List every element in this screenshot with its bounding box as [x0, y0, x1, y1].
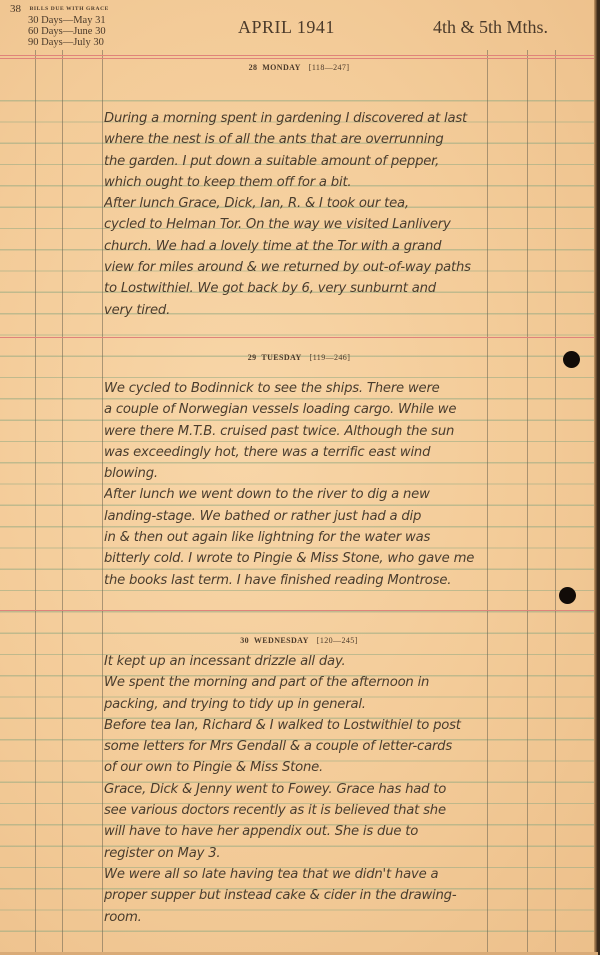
column-rule [62, 50, 63, 955]
entry-line: of our own to Pingie & Miss Stone. [104, 757, 494, 778]
months-label: 4th & 5th Mths. [433, 17, 548, 38]
day-divider [0, 610, 598, 611]
weekday: MONDAY [262, 63, 301, 72]
entry-line: the garden. I put down a suitable amount… [104, 151, 494, 172]
entry-line: We spent the morning and part of the aft… [104, 672, 494, 693]
entry-line: a couple of Norwegian vessels loading ca… [104, 399, 494, 420]
bills-row: 60 Days—June 30 [10, 26, 109, 37]
entry-line: packing, and trying to tidy up in genera… [104, 694, 494, 715]
entry-line: It kept up an incessant drizzle all day. [104, 651, 494, 672]
day-index: [118—247] [309, 63, 350, 72]
entry-line: Grace, Dick & Jenny went to Fowey. Grace… [104, 779, 494, 800]
entry-line: Before tea Ian, Richard & I walked to Lo… [104, 715, 494, 736]
punch-hole [559, 587, 576, 604]
diary-entry: We cycled to Bodinnick to see the ships.… [104, 378, 494, 591]
entry-line: landing-stage. We bathed or rather just … [104, 506, 494, 527]
entry-line: will have to have her appendix out. She … [104, 821, 494, 842]
entry-line: to Lostwithiel. We got back by 6, very s… [104, 278, 494, 299]
entry-line: some letters for Mrs Gendall & a couple … [104, 736, 494, 757]
entry-line: the books last term. I have finished rea… [104, 570, 494, 591]
day-index: [120—245] [317, 636, 358, 645]
bills-title: BILLS DUE WITH GRACE [30, 6, 109, 12]
entry-line: cycled to Helman Tor. On the way we visi… [104, 214, 494, 235]
day-number: 28 [249, 63, 258, 72]
header-rule [0, 58, 598, 59]
entry-line: was exceedingly hot, there was a terrifi… [104, 442, 494, 463]
day-header: 29 TUESDAY[119—246] [0, 353, 598, 362]
column-rule [35, 50, 36, 955]
entry-line: During a morning spent in gardening I di… [104, 108, 494, 129]
entry-line: which ought to keep them off for a bit. [104, 172, 494, 193]
column-rule [555, 50, 556, 955]
column-rule [527, 50, 528, 955]
entry-line: After lunch we went down to the river to… [104, 484, 494, 505]
day-divider [0, 337, 598, 338]
bills-row: 90 Days—July 30 [10, 37, 109, 48]
bills-due-box: 38 BILLS DUE WITH GRACE 30 Days—May 31 6… [10, 4, 109, 48]
entry-line: see various doctors recently as it is be… [104, 800, 494, 821]
entry-line: blowing. [104, 463, 494, 484]
entry-line: proper supper but instead cake & cider i… [104, 885, 494, 906]
bills-row: 30 Days—May 31 [10, 15, 109, 26]
diary-entry: During a morning spent in gardening I di… [104, 108, 494, 321]
page-number: 38 [10, 3, 21, 15]
month-title: APRIL 1941 [238, 17, 335, 38]
page-edge [594, 0, 598, 955]
entry-line: where the nest is of all the ants that a… [104, 129, 494, 150]
entry-line: bitterly cold. I wrote to Pingie & Miss … [104, 548, 494, 569]
entry-line: We cycled to Bodinnick to see the ships.… [104, 378, 494, 399]
day-index: [119—246] [310, 353, 351, 362]
entry-line: were there M.T.B. cruised past twice. Al… [104, 421, 494, 442]
entry-line: very tired. [104, 300, 494, 321]
column-rule [102, 50, 103, 955]
day-header: 30 WEDNESDAY[120—245] [0, 636, 598, 645]
weekday: WEDNESDAY [254, 636, 309, 645]
weekday: TUESDAY [261, 353, 301, 362]
entry-line: After lunch Grace, Dick, Ian, R. & I too… [104, 193, 494, 214]
day-header: 28 MONDAY[118—247] [0, 63, 598, 72]
entry-line: We were all so late having tea that we d… [104, 864, 494, 885]
entry-line: view for miles around & we returned by o… [104, 257, 494, 278]
day-number: 30 [240, 636, 249, 645]
diary-entry: It kept up an incessant drizzle all day.… [104, 651, 494, 928]
entry-line: church. We had a lovely time at the Tor … [104, 236, 494, 257]
diary-page: 38 BILLS DUE WITH GRACE 30 Days—May 31 6… [0, 0, 598, 955]
entry-line: in & then out again like lightning for t… [104, 527, 494, 548]
entry-line: register on May 3. [104, 843, 494, 864]
header-rule [0, 55, 598, 56]
day-number: 29 [248, 353, 257, 362]
entry-line: room. [104, 907, 494, 928]
